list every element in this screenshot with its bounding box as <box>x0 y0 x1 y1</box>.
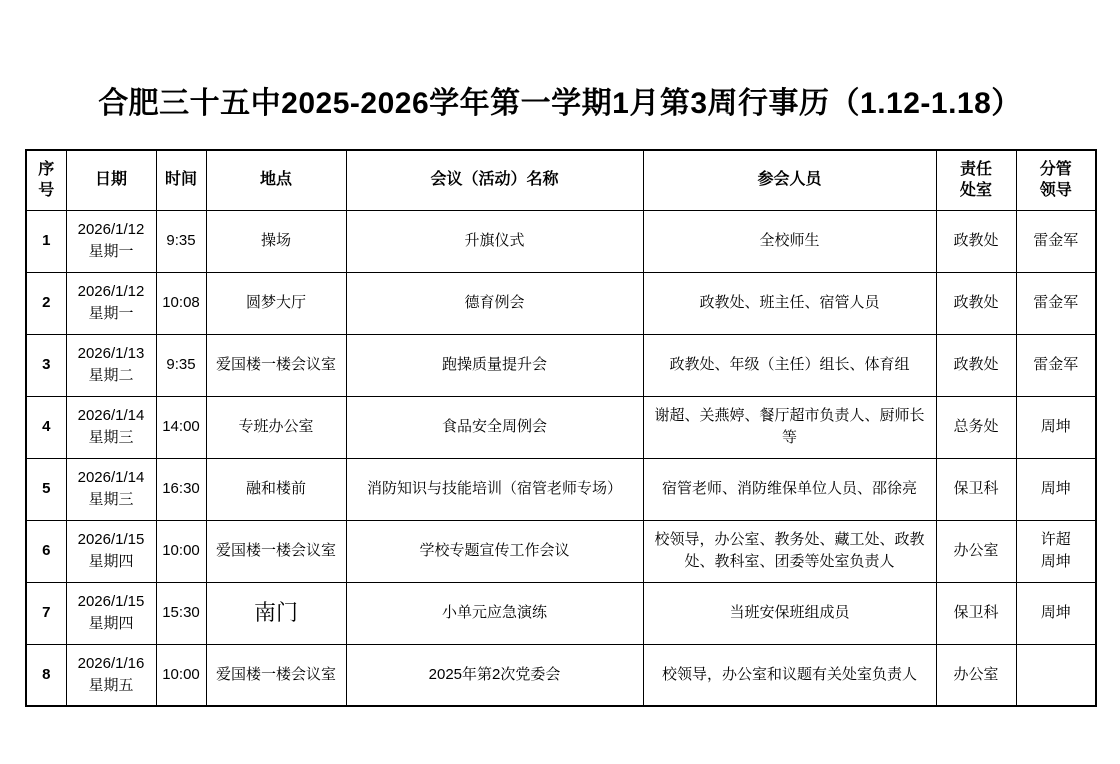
attendees-cell: 谢超、关燕婷、餐厅超市负责人、厨师长等 <box>643 396 936 458</box>
event-name-cell: 学校专题宣传工作会议 <box>346 520 643 582</box>
event-name-cell: 小单元应急演练 <box>346 582 643 644</box>
header-event: 会议（活动）名称 <box>346 150 643 210</box>
attendees-cell: 当班安保班组成员 <box>643 582 936 644</box>
date-cell: 2026/1/12 星期一 <box>66 272 156 334</box>
event-name-cell: 跑操质量提升会 <box>346 334 643 396</box>
leader-cell: 周坤 <box>1016 582 1096 644</box>
date-cell: 2026/1/13 星期二 <box>66 334 156 396</box>
leader-cell: 周坤 <box>1016 458 1096 520</box>
table-row: 32026/1/13 星期二9:35爱国楼一楼会议室跑操质量提升会政教处、年级（… <box>26 334 1096 396</box>
header-department: 责任 处室 <box>936 150 1016 210</box>
header-no: 序号 <box>26 150 66 210</box>
location-cell: 爱国楼一楼会议室 <box>206 520 346 582</box>
leader-cell: 许超 周坤 <box>1016 520 1096 582</box>
time-cell: 14:00 <box>156 396 206 458</box>
department-cell: 总务处 <box>936 396 1016 458</box>
event-name-cell: 升旗仪式 <box>346 210 643 272</box>
location-cell: 融和楼前 <box>206 458 346 520</box>
attendees-cell: 宿管老师、消防维保单位人员、邵徐亮 <box>643 458 936 520</box>
time-cell: 10:00 <box>156 520 206 582</box>
leader-cell: 雷金军 <box>1016 272 1096 334</box>
table-row: 12026/1/12 星期一9:35操场升旗仪式全校师生政教处雷金军 <box>26 210 1096 272</box>
row-number-cell: 3 <box>26 334 66 396</box>
department-cell: 保卫科 <box>936 458 1016 520</box>
table-row: 42026/1/14 星期三14:00专班办公室食品安全周例会谢超、关燕婷、餐厅… <box>26 396 1096 458</box>
time-cell: 10:00 <box>156 644 206 706</box>
row-number-cell: 4 <box>26 396 66 458</box>
date-cell: 2026/1/15 星期四 <box>66 582 156 644</box>
date-cell: 2026/1/15 星期四 <box>66 520 156 582</box>
table-row: 62026/1/15 星期四10:00爱国楼一楼会议室学校专题宣传工作会议校领导… <box>26 520 1096 582</box>
location-cell: 操场 <box>206 210 346 272</box>
leader-cell <box>1016 644 1096 706</box>
page-title: 合肥三十五中2025-2026学年第一学期1月第3周行事历（1.12-1.18） <box>0 78 1120 122</box>
header-time: 时间 <box>156 150 206 210</box>
time-cell: 15:30 <box>156 582 206 644</box>
table-header-row: 序号 日期 时间 地点 会议（活动）名称 参会人员 责任 处室 分管 领导 <box>26 150 1096 210</box>
location-cell: 专班办公室 <box>206 396 346 458</box>
leader-cell: 雷金军 <box>1016 210 1096 272</box>
date-cell: 2026/1/14 星期三 <box>66 458 156 520</box>
event-name-cell: 消防知识与技能培训（宿管老师专场） <box>346 458 643 520</box>
attendees-cell: 政教处、年级（主任）组长、体育组 <box>643 334 936 396</box>
date-cell: 2026/1/16 星期五 <box>66 644 156 706</box>
time-cell: 10:08 <box>156 272 206 334</box>
table-row: 52026/1/14 星期三16:30融和楼前消防知识与技能培训（宿管老师专场）… <box>26 458 1096 520</box>
row-number-cell: 2 <box>26 272 66 334</box>
date-cell: 2026/1/12 星期一 <box>66 210 156 272</box>
table-row: 72026/1/15 星期四15:30南门小单元应急演练当班安保班组成员保卫科周… <box>26 582 1096 644</box>
header-location: 地点 <box>206 150 346 210</box>
date-cell: 2026/1/14 星期三 <box>66 396 156 458</box>
row-number-cell: 1 <box>26 210 66 272</box>
schedule-table: 序号 日期 时间 地点 会议（活动）名称 参会人员 责任 处室 分管 领导 12… <box>25 149 1097 707</box>
department-cell: 办公室 <box>936 520 1016 582</box>
attendees-cell: 校领导，办公室、教务处、藏工处、政教处、教科室、团委等处室负责人 <box>643 520 936 582</box>
department-cell: 保卫科 <box>936 582 1016 644</box>
row-number-cell: 6 <box>26 520 66 582</box>
attendees-cell: 全校师生 <box>643 210 936 272</box>
row-number-cell: 5 <box>26 458 66 520</box>
row-number-cell: 8 <box>26 644 66 706</box>
table-header: 序号 日期 时间 地点 会议（活动）名称 参会人员 责任 处室 分管 领导 <box>26 150 1096 210</box>
location-cell: 圆梦大厅 <box>206 272 346 334</box>
header-attendees: 参会人员 <box>643 150 936 210</box>
leader-cell: 周坤 <box>1016 396 1096 458</box>
location-cell: 爱国楼一楼会议室 <box>206 334 346 396</box>
department-cell: 政教处 <box>936 272 1016 334</box>
event-name-cell: 食品安全周例会 <box>346 396 643 458</box>
attendees-cell: 政教处、班主任、宿管人员 <box>643 272 936 334</box>
department-cell: 政教处 <box>936 334 1016 396</box>
leader-cell: 雷金军 <box>1016 334 1096 396</box>
attendees-cell: 校领导，办公室和议题有关处室负责人 <box>643 644 936 706</box>
header-date: 日期 <box>66 150 156 210</box>
table-row: 22026/1/12 星期一10:08圆梦大厅德育例会政教处、班主任、宿管人员政… <box>26 272 1096 334</box>
time-cell: 16:30 <box>156 458 206 520</box>
time-cell: 9:35 <box>156 334 206 396</box>
schedule-table-container: 序号 日期 时间 地点 会议（活动）名称 参会人员 责任 处室 分管 领导 12… <box>25 149 1095 707</box>
department-cell: 政教处 <box>936 210 1016 272</box>
header-leader: 分管 领导 <box>1016 150 1096 210</box>
row-number-cell: 7 <box>26 582 66 644</box>
department-cell: 办公室 <box>936 644 1016 706</box>
event-name-cell: 2025年第2次党委会 <box>346 644 643 706</box>
schedule-table-body: 12026/1/12 星期一9:35操场升旗仪式全校师生政教处雷金军22026/… <box>26 210 1096 706</box>
location-cell: 爱国楼一楼会议室 <box>206 644 346 706</box>
table-row: 82026/1/16 星期五10:00爱国楼一楼会议室2025年第2次党委会校领… <box>26 644 1096 706</box>
event-name-cell: 德育例会 <box>346 272 643 334</box>
location-cell: 南门 <box>206 582 346 644</box>
time-cell: 9:35 <box>156 210 206 272</box>
